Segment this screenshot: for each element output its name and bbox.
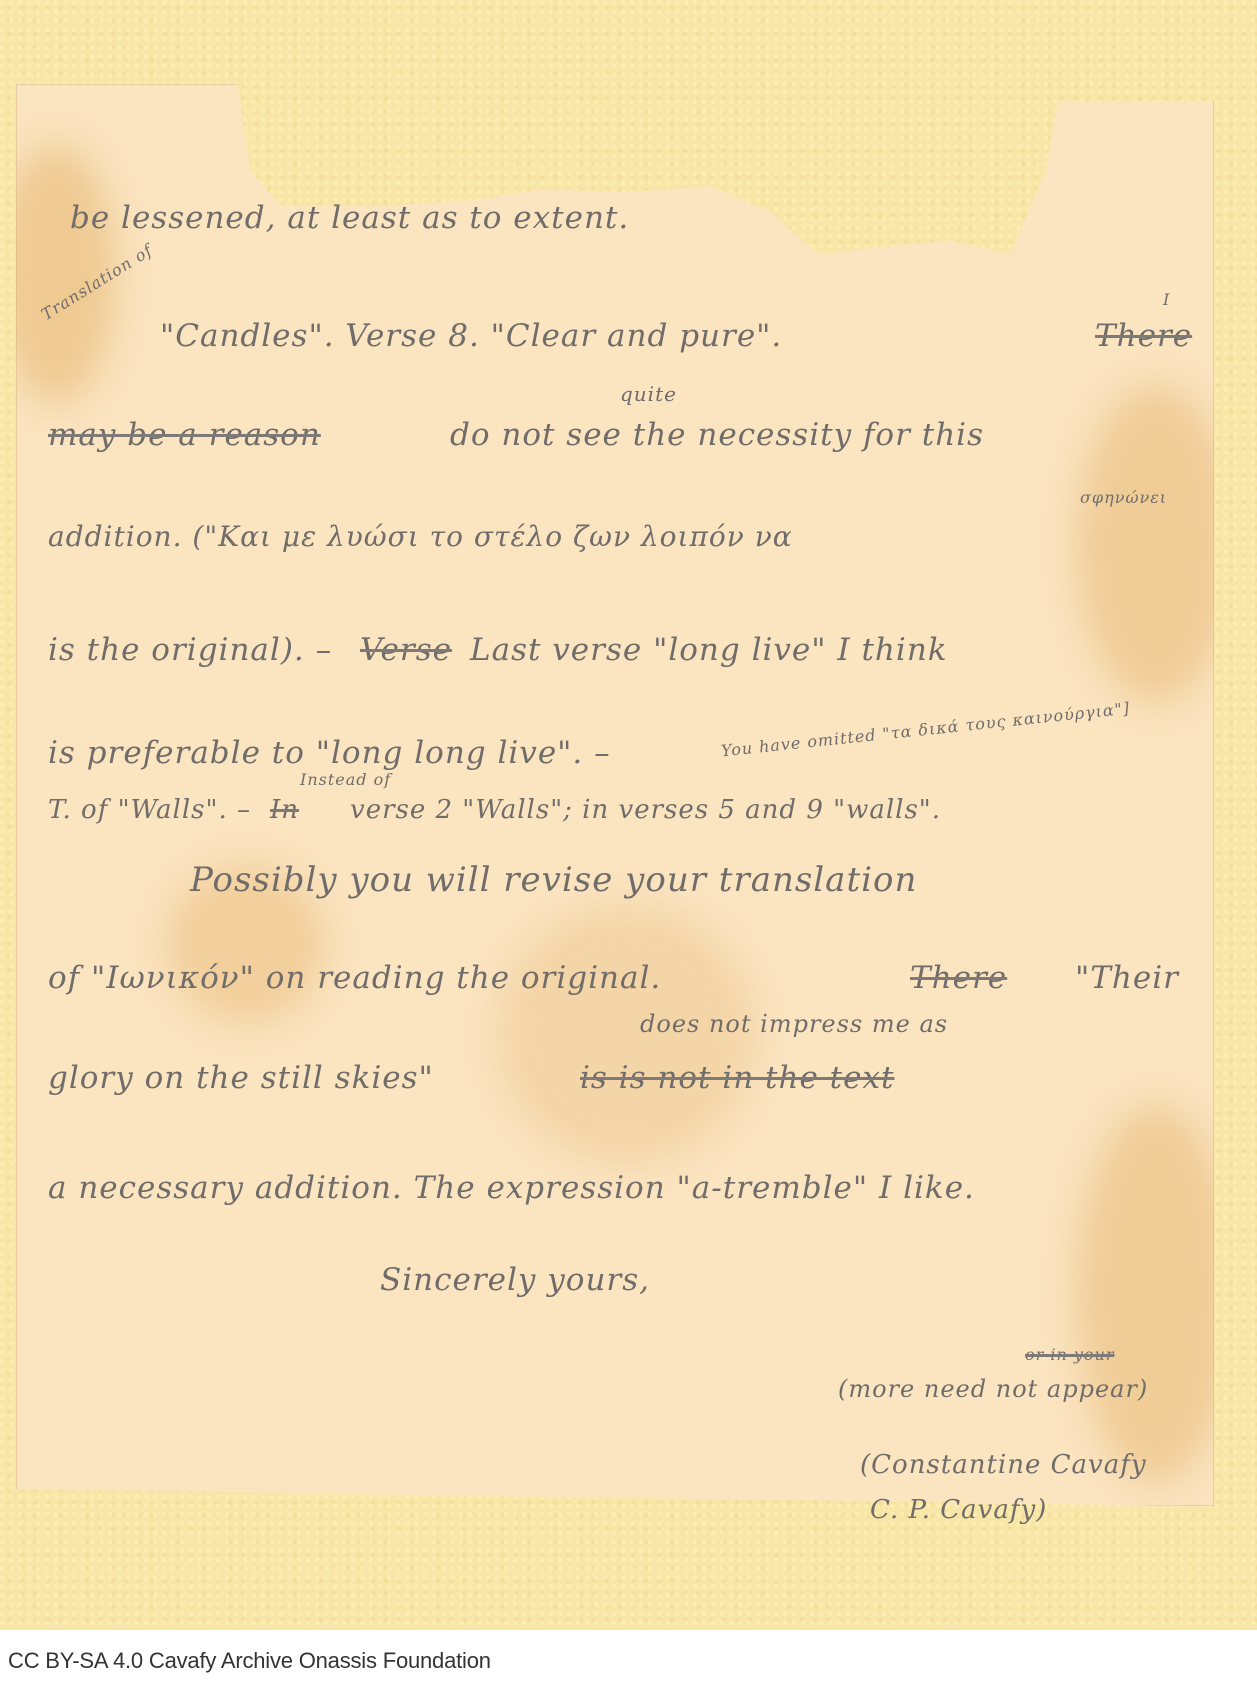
interlinear-insert: I [1163, 290, 1170, 309]
struck-word: Verse [360, 632, 452, 668]
interlinear-insert: does not impress me as [640, 1010, 948, 1038]
letter-line: is the original). – [48, 632, 332, 668]
letter-line: "Candles". Verse 8. "Clear and pure". [160, 318, 782, 354]
struck-phrase: is is not in the text [580, 1060, 894, 1096]
letter-line: is preferable to "long long live". – [48, 735, 611, 771]
struck-phrase: may be a reason [48, 417, 321, 453]
letter-line: do not see the necessity for this [450, 417, 984, 453]
letter-line: be lessened, at least as to extent. [70, 200, 629, 236]
parenthetical-note: (more need not appear) [838, 1375, 1148, 1403]
letter-line: a necessary addition. The expression "a-… [48, 1170, 975, 1206]
letter-line: glory on the still skies" [48, 1060, 434, 1096]
signature: C. P. Cavafy) [870, 1495, 1047, 1525]
letter-line: of "Ιωνικόν" on reading the original. [48, 960, 661, 996]
interlinear-insert: σφηνώνει [1080, 488, 1167, 507]
closing: Sincerely yours, [380, 1262, 650, 1298]
letter-line: Possibly you will revise your translatio… [190, 860, 917, 900]
letter-line: addition. ("Και με λυώσι το στέλο ζων λο… [48, 520, 793, 553]
struck-word: There [910, 960, 1007, 996]
water-stain [1076, 1104, 1236, 1484]
struck-word: In [270, 795, 299, 825]
struck-word: or in your [1025, 1345, 1115, 1364]
interlinear-insert: quite [620, 382, 677, 406]
signature: (Constantine Cavafy [860, 1450, 1147, 1480]
license-credit: CC BY-SA 4.0 Cavafy Archive Onassis Foun… [8, 1648, 491, 1674]
letter-line: T. of "Walls". – [48, 795, 251, 825]
letter-line: Last verse "long live" I think [470, 632, 948, 668]
struck-word: There [1095, 318, 1192, 354]
letter-line: "Their [1075, 960, 1179, 996]
interlinear-insert: Instead of [300, 770, 391, 789]
water-stain [1076, 384, 1236, 704]
letter-line: verse 2 "Walls"; in verses 5 and 9 "wall… [350, 795, 941, 825]
